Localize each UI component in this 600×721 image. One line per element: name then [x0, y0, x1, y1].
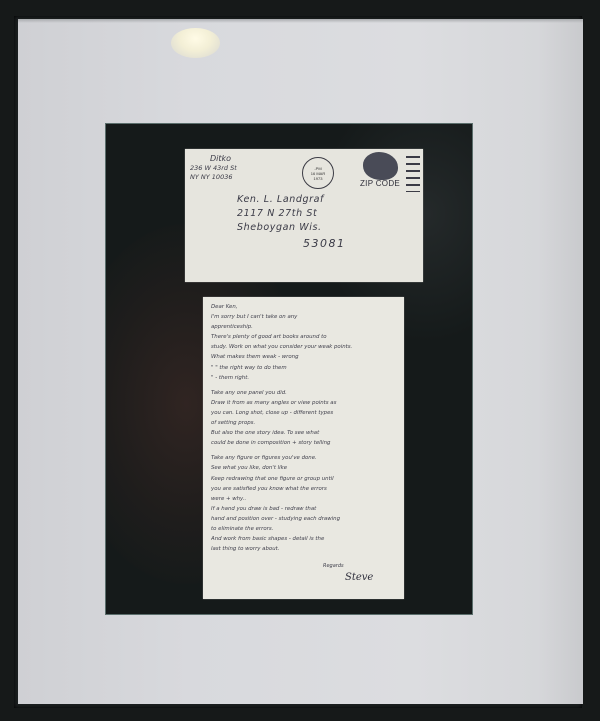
letter-line: to eliminate the errors.	[211, 524, 399, 534]
postmark-text: -PM 16 MAR 1973	[303, 166, 333, 181]
bird-stamp-icon	[363, 152, 398, 180]
letter-line: apprenticeship.	[211, 322, 399, 332]
postage-stamp: ZIP CODE	[360, 152, 420, 192]
letter-closing: Regards	[323, 563, 344, 569]
letter-line: Draw it from as many angles or view poin…	[211, 398, 399, 408]
return-address-name: Ditko	[210, 154, 231, 163]
letter-signature: Steve	[345, 572, 373, 583]
letter-line: Take any one panel you did.	[211, 388, 399, 398]
letter-line: last thing to worry about.	[211, 544, 399, 554]
letter-line: There's plenty of good art books around …	[211, 332, 399, 342]
postmark-year: 1973	[303, 176, 333, 181]
letter-line: Keep redrawing that one figure or group …	[211, 474, 399, 484]
envelope: Ditko 236 W 43rd St NY NY 10036 -PM 16 M…	[185, 149, 423, 282]
letter-line: Dear Ken,	[211, 302, 399, 312]
letter-body: Dear Ken, I'm sorry but I can't take on …	[211, 302, 399, 554]
cancellation-lines	[406, 156, 420, 192]
letter-line: could be done in composition + story tel…	[211, 438, 399, 448]
ceiling-light-reflection	[171, 28, 220, 58]
letter-line: Take any figure or figures you've done.	[211, 453, 399, 463]
recipient-name: Ken. L. Landgraf	[237, 194, 324, 205]
letter-line: hand and position over - studying each d…	[211, 514, 399, 524]
return-address-street: 236 W 43rd St	[190, 164, 237, 172]
letter-line: See what you like, don't like	[211, 463, 399, 473]
return-address-city: NY NY 10036	[190, 173, 232, 181]
stamp-label: ZIP CODE	[360, 179, 400, 188]
letter-line: you are satisfied you know what the erro…	[211, 484, 399, 494]
letter-line: " - them right.	[211, 373, 399, 383]
letter-line: you can. Long shot, close up - different…	[211, 408, 399, 418]
mat-shadow	[18, 19, 583, 23]
letter-line: But also the one story idea. To see what	[211, 428, 399, 438]
letter-line: study. Work on what you consider your we…	[211, 342, 399, 352]
letter-line: And work from basic shapes - detail is t…	[211, 534, 399, 544]
letter-line: I'm sorry but I can't take on any	[211, 312, 399, 322]
handwritten-letter: Dear Ken, I'm sorry but I can't take on …	[203, 297, 404, 599]
letter-line: What makes them weak - wrong	[211, 352, 399, 362]
recipient-zip: 53081	[303, 237, 346, 250]
letter-line: If a hand you draw is bad - redraw that	[211, 504, 399, 514]
letter-line: of setting props.	[211, 418, 399, 428]
recipient-street: 2117 N 27th St	[237, 208, 317, 219]
letter-line: were + why..	[211, 494, 399, 504]
letter-line: " " the right way to do them	[211, 363, 399, 373]
postmark: -PM 16 MAR 1973	[302, 157, 334, 189]
recipient-city: Sheboygan Wis.	[237, 222, 322, 233]
